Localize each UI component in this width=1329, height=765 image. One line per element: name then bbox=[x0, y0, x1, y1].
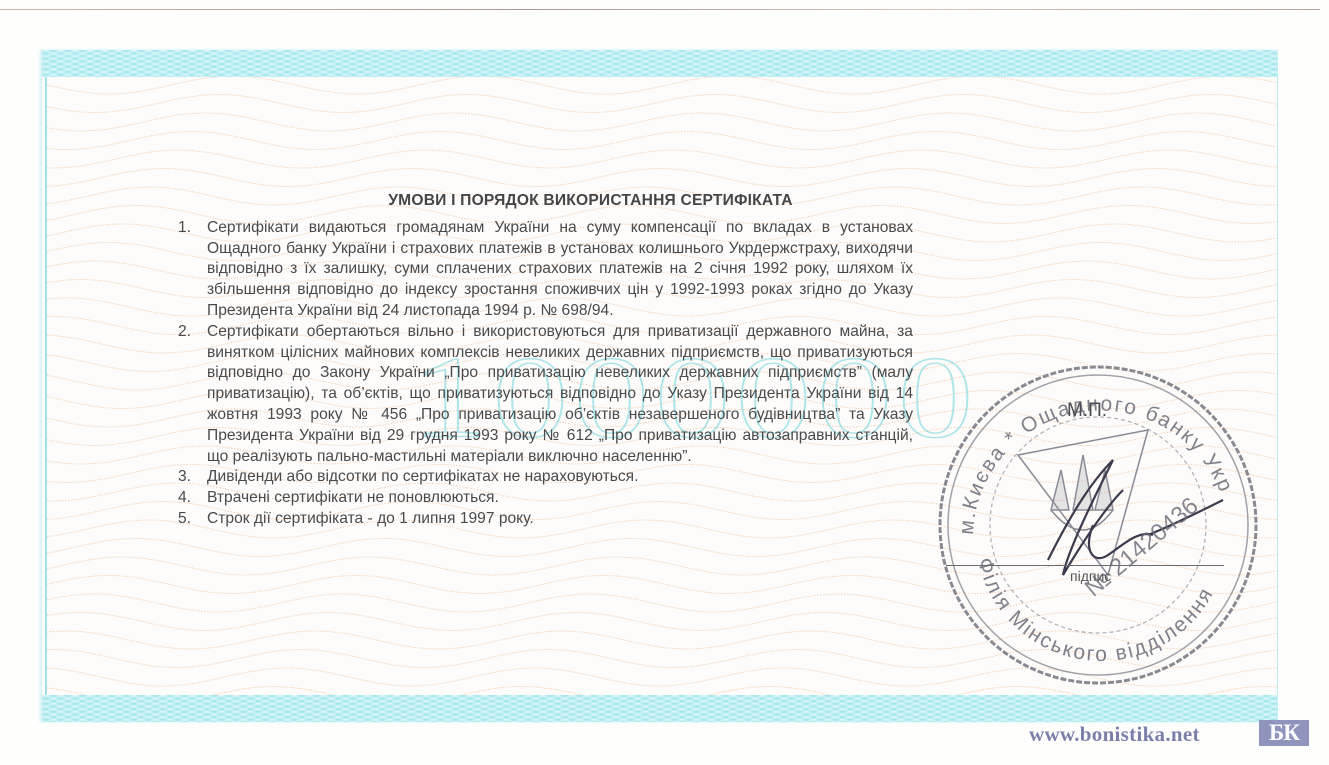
terms-item: 5. Строк дії сертифіката - до 1 липня 19… bbox=[178, 509, 913, 530]
top-security-band bbox=[42, 50, 1278, 77]
terms-item-text: Сертифікати видаються громадянам України… bbox=[207, 218, 913, 322]
signature-line bbox=[946, 565, 1224, 566]
seal-label: М.П. bbox=[1067, 400, 1107, 422]
terms-section: УМОВИ І ПОРЯДОК ВИКОРИСТАННЯ СЕРТИФІКАТА… bbox=[178, 191, 913, 530]
source-watermark-logo: БК bbox=[1259, 720, 1309, 746]
terms-item-text: Сертифікати обертаються вільно і викорис… bbox=[207, 322, 913, 468]
terms-item: 3. Дивіденди або відсотки по сертифіката… bbox=[178, 467, 913, 488]
signature-label: підпис bbox=[1070, 568, 1111, 584]
terms-item-number: 2. bbox=[178, 322, 207, 468]
terms-item: 2. Сертифікати обертаються вільно і вико… bbox=[178, 322, 913, 468]
terms-item-number: 1. bbox=[178, 218, 207, 322]
terms-list: 1. Сертифікати видаються громадянам Укра… bbox=[178, 218, 913, 530]
terms-item-text: Втрачені сертифікати не поновлюються. bbox=[207, 488, 913, 509]
paper-edge-line bbox=[0, 9, 1320, 10]
terms-item-number: 3. bbox=[178, 467, 207, 488]
terms-item-number: 5. bbox=[178, 509, 207, 530]
terms-item: 4. Втрачені сертифікати не поновлюються. bbox=[178, 488, 913, 509]
terms-title: УМОВИ І ПОРЯДОК ВИКОРИСТАННЯ СЕРТИФІКАТА bbox=[178, 191, 913, 212]
terms-item-text: Строк дії сертифіката - до 1 липня 1997 … bbox=[207, 509, 913, 530]
terms-item-text: Дивіденди або відсотки по сертифікатах н… bbox=[207, 467, 913, 488]
source-watermark-url: www.bonistika.net bbox=[1029, 722, 1200, 747]
terms-item: 1. Сертифікати видаються громадянам Укра… bbox=[178, 218, 913, 322]
bottom-security-band bbox=[42, 695, 1278, 722]
terms-item-number: 4. bbox=[178, 488, 207, 509]
